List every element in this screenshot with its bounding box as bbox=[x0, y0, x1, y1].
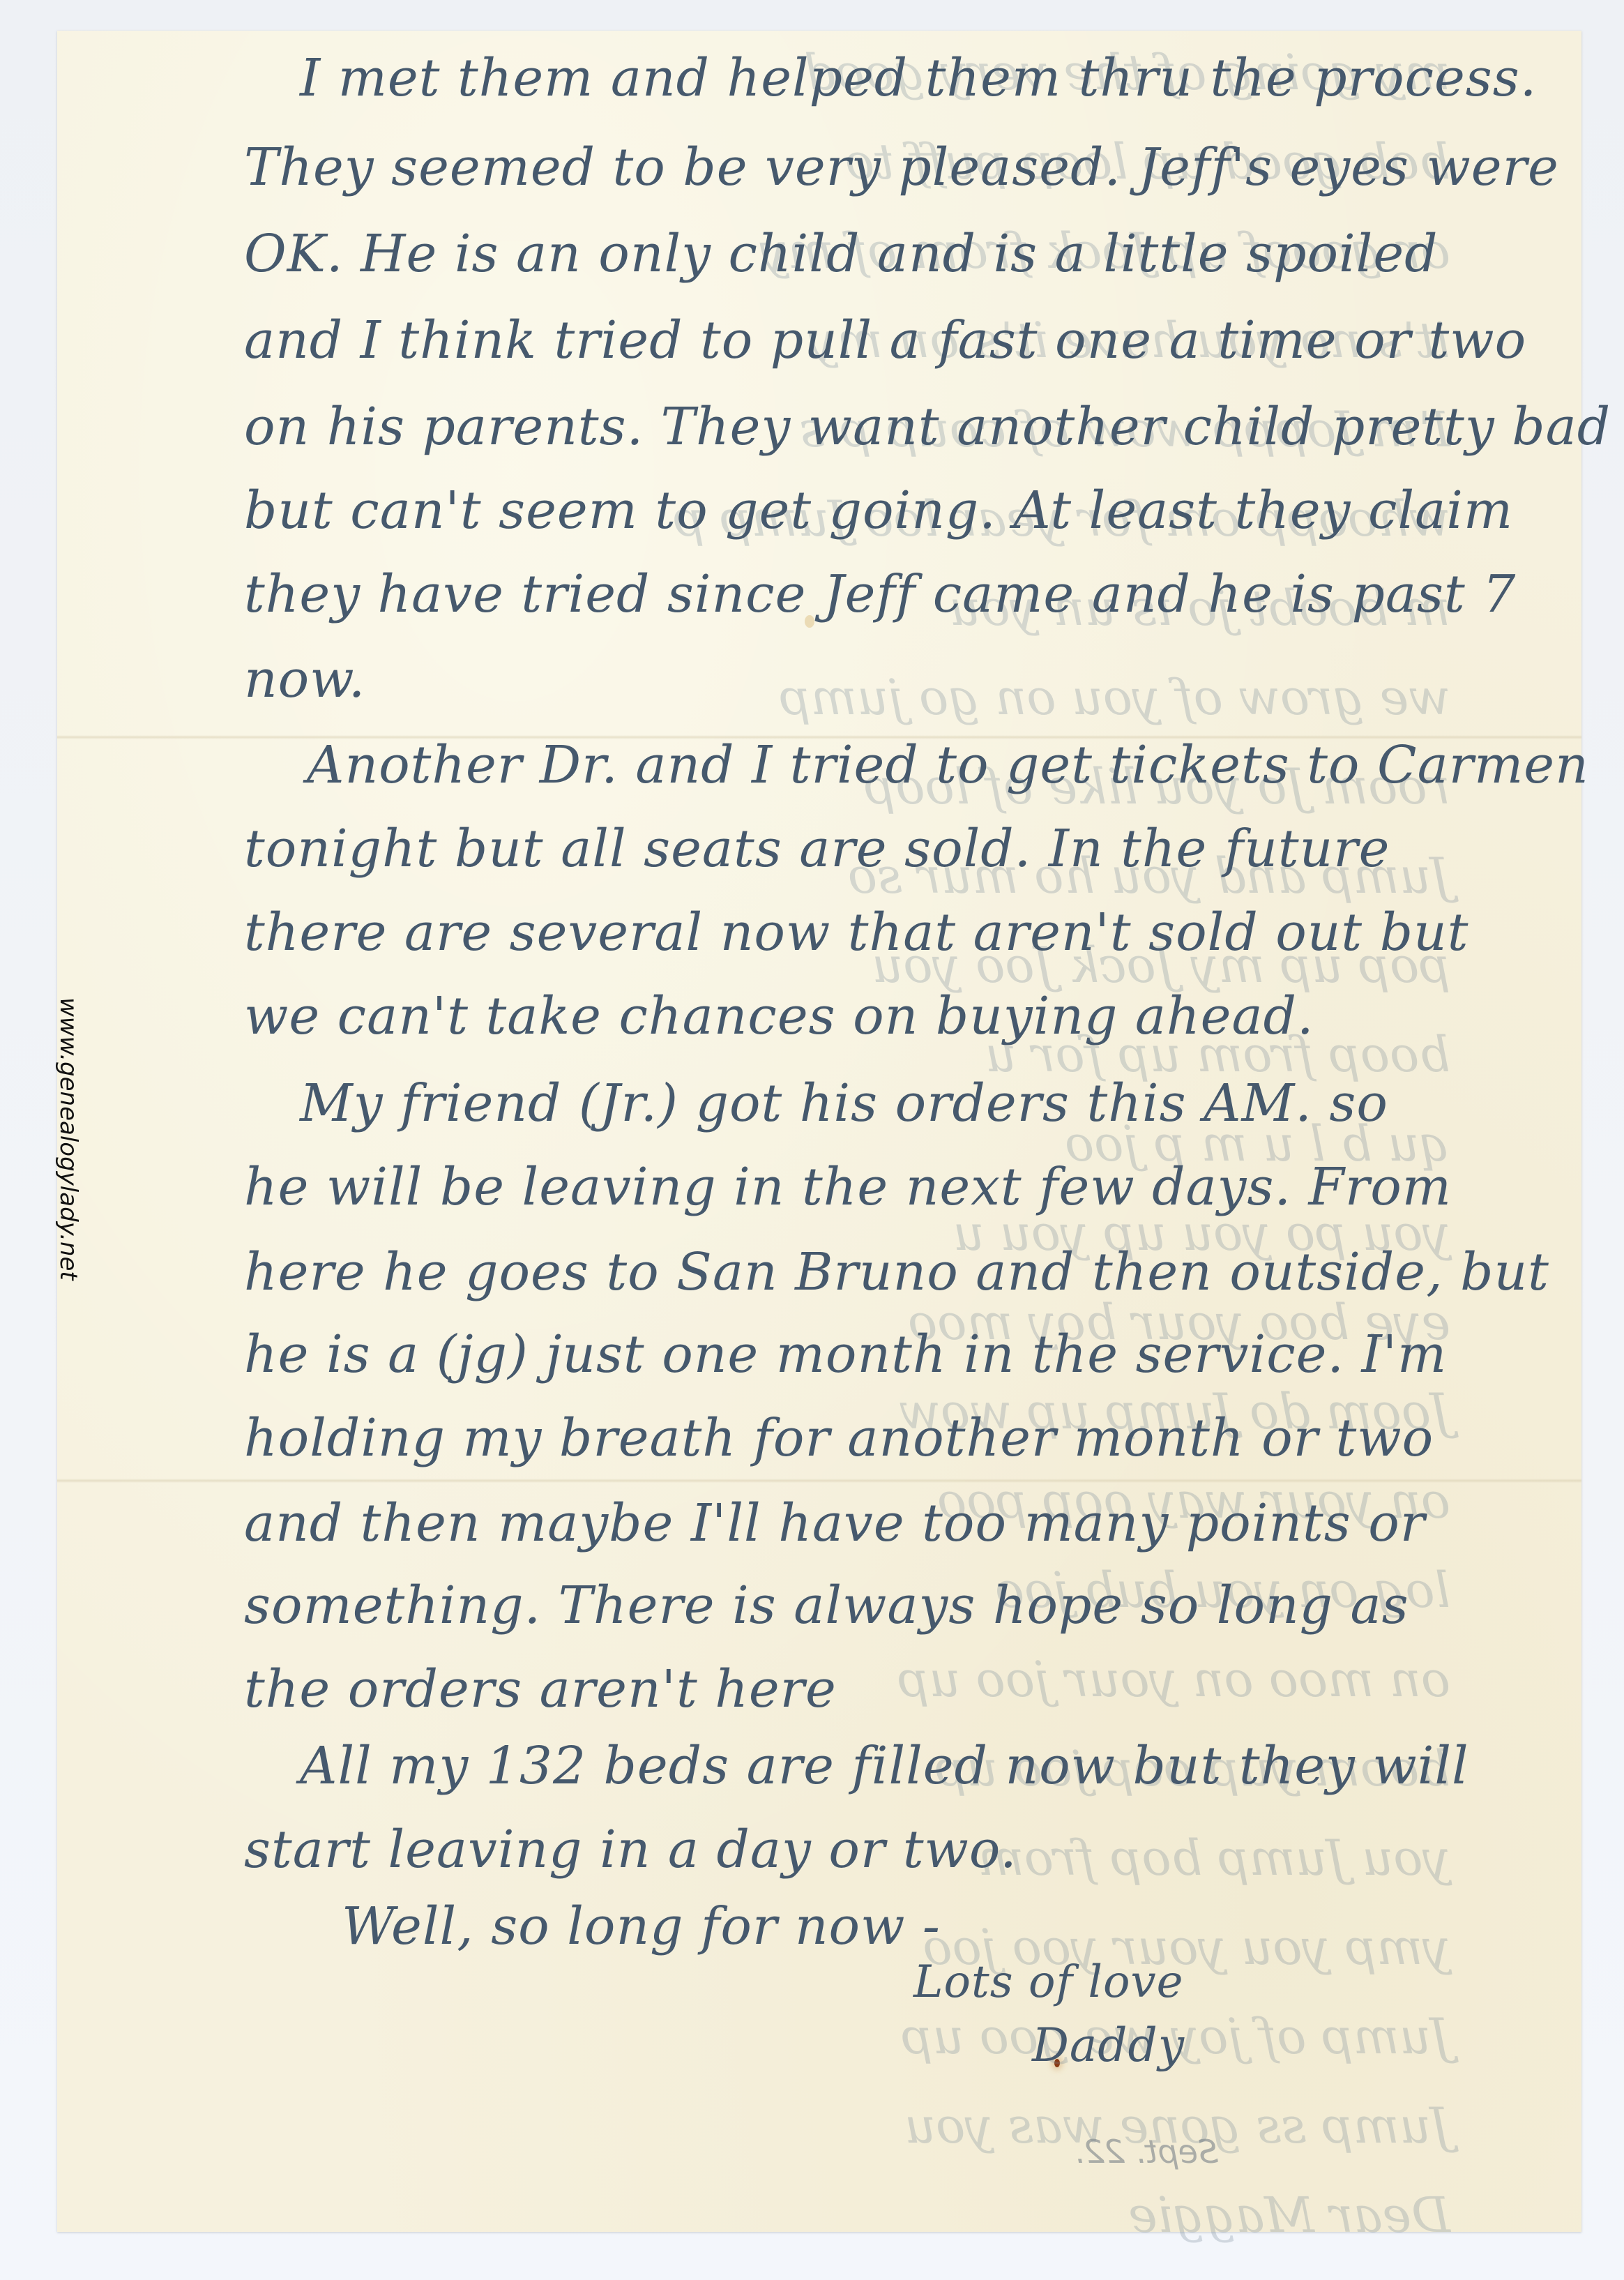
letter-line: the orders aren't here bbox=[244, 1663, 837, 1715]
letter-line: holding my breath for another month or t… bbox=[244, 1412, 1434, 1464]
letter-line: They seemed to be very pleased. Jeff's e… bbox=[244, 142, 1559, 193]
letter-line: we can't take chances on buying ahead. bbox=[244, 990, 1314, 1042]
letter-line: All my 132 beds are filled now but they … bbox=[300, 1740, 1469, 1792]
letter-line: but can't seem to get going. At least th… bbox=[244, 485, 1513, 536]
letter-line: Another Dr. and I tried to get tickets t… bbox=[307, 739, 1589, 791]
letter-line: they have tried since Jeff came and he i… bbox=[244, 568, 1516, 620]
letter-line: tonight but all seats are sold. In the f… bbox=[244, 823, 1390, 875]
letter-line: he will be leaving in the next few days.… bbox=[244, 1161, 1452, 1213]
letter-line: here he goes to San Bruno and then outsi… bbox=[244, 1246, 1549, 1298]
letter-line: he is a (jg) just one month in the servi… bbox=[244, 1329, 1447, 1380]
letter-line: and then maybe I'll have too many points… bbox=[244, 1497, 1425, 1549]
fold-crease-lower bbox=[57, 1479, 1581, 1483]
closing-phrase: Lots of love bbox=[913, 1960, 1184, 2005]
letter-line: start leaving in a day or two. bbox=[244, 1824, 1017, 1875]
letter-line: there are several now that aren't sold o… bbox=[244, 907, 1469, 958]
signature: Daddy bbox=[1032, 2023, 1185, 2069]
letter-line: something. There is always hope so long … bbox=[244, 1580, 1409, 1631]
letter-line: My friend (Jr.) got his orders this AM. … bbox=[300, 1078, 1388, 1129]
pencil-date-note-reverse: Sept. 22. bbox=[1074, 2133, 1218, 2170]
letter-line: and I think tried to pull a fast one a t… bbox=[244, 315, 1526, 366]
website-watermark: www.genealogylady.net bbox=[54, 997, 82, 1458]
letter-line: on his parents. They want another child … bbox=[244, 401, 1611, 453]
letter-line: now. bbox=[244, 654, 365, 705]
letter-line: Well, so long for now - bbox=[342, 1901, 941, 1952]
letter-line: OK. He is an only child and is a little … bbox=[244, 228, 1439, 280]
letter-line: I met them and helped them thru the proc… bbox=[300, 52, 1537, 104]
